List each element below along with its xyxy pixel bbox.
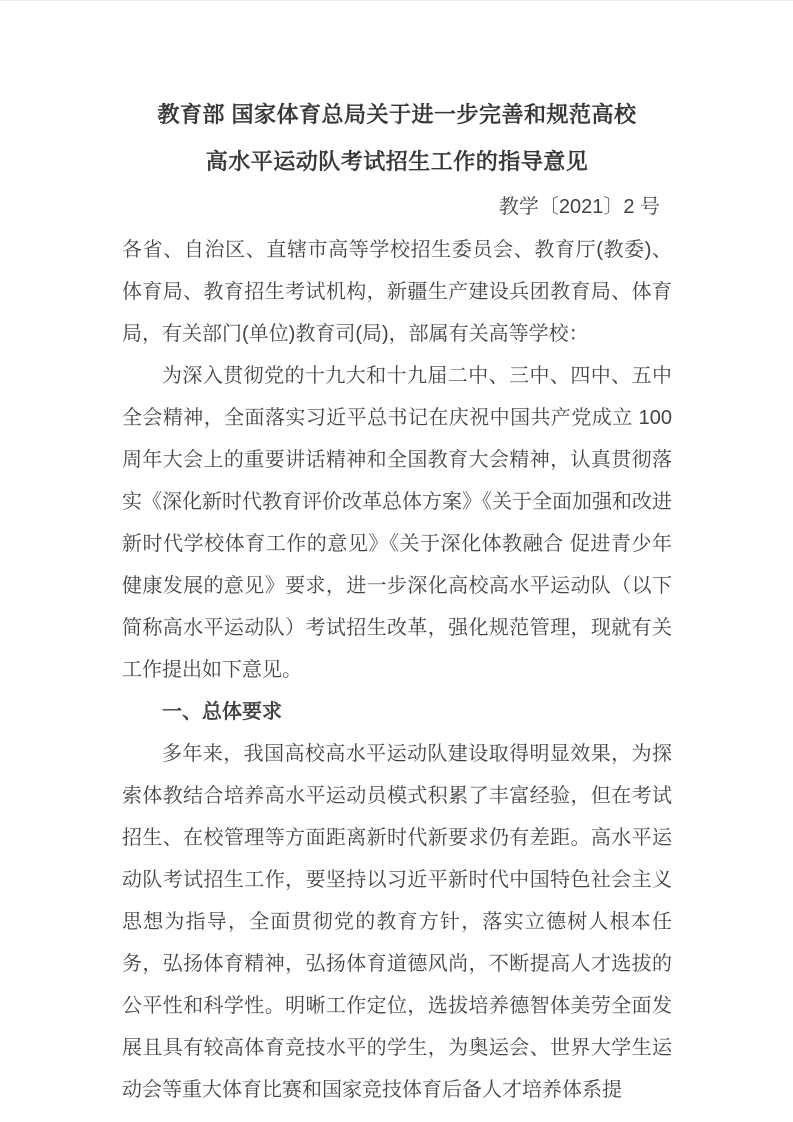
section-heading-1: 一、总体要求 [122,691,672,733]
section-1-paragraph: 多年来，我国高校高水平运动队建设取得明显效果，为探索体教结合培养高水平运动员模式… [122,733,672,1111]
document-title: 教育部 国家体育总局关于进一步完善和规范高校 高水平运动队考试招生工作的指导意见 [122,1,672,185]
document-number: 教学〔2021〕2 号 [122,185,672,229]
intro-paragraph: 为深入贯彻党的十九大和十九届二中、三中、四中、五中全会精神，全面落实习近平总书记… [122,355,672,691]
document-content: 教育部 国家体育总局关于进一步完善和规范高校 高水平运动队考试招生工作的指导意见… [122,1,672,1111]
salutation-paragraph: 各省、自治区、直辖市高等学校招生委员会、教育厅(教委)、体育局、教育招生考试机构… [122,229,672,355]
document-title-line-1: 教育部 国家体育总局关于进一步完善和规范高校 [122,91,672,138]
document-body: 各省、自治区、直辖市高等学校招生委员会、教育厅(教委)、体育局、教育招生考试机构… [122,229,672,1111]
document-page: 教育部 国家体育总局关于进一步完善和规范高校 高水平运动队考试招生工作的指导意见… [0,0,793,1122]
document-title-line-2: 高水平运动队考试招生工作的指导意见 [122,138,672,185]
